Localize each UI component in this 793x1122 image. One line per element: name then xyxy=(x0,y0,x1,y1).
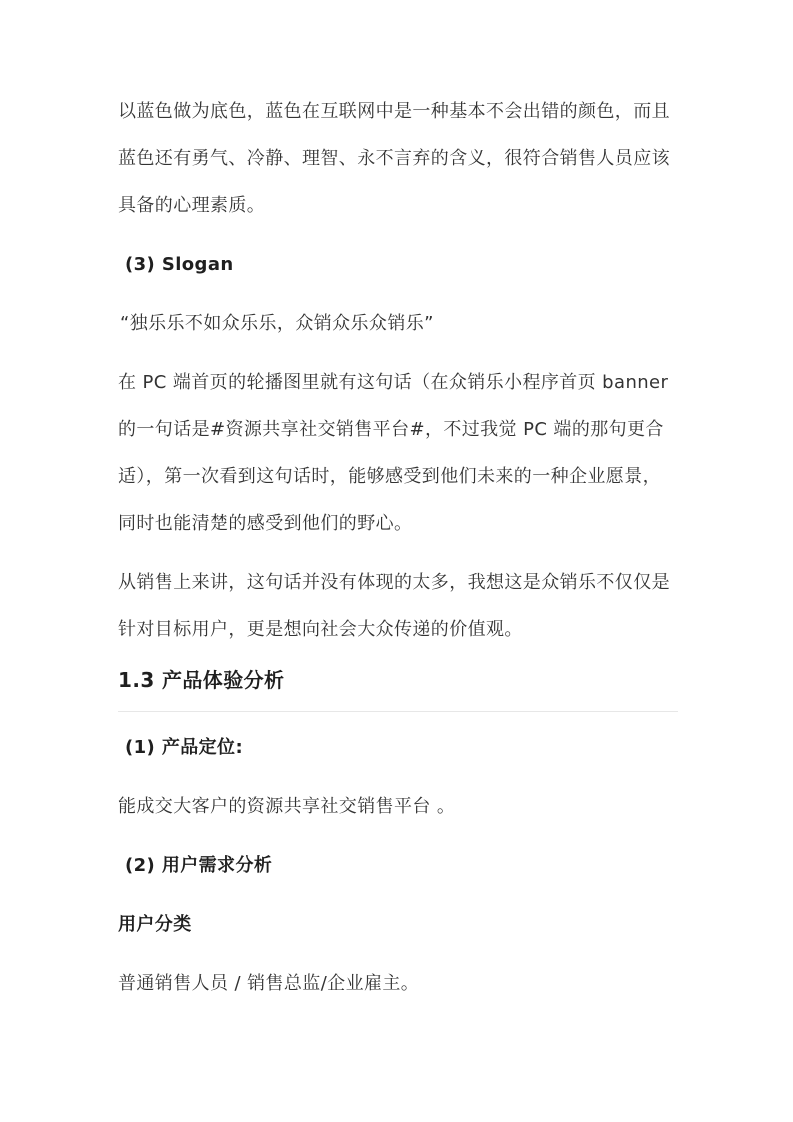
heading-user-needs-analysis: (2) 用户需求分析 xyxy=(118,842,678,889)
paragraph-color-rationale: 以蓝色做为底色，蓝色在互联网中是一种基本不会出错的颜色，而且蓝色还有勇气、冷静、… xyxy=(118,88,678,229)
section-heading-product-experience: 1.3 产品体验分析 xyxy=(118,665,678,695)
document-content: 以蓝色做为底色，蓝色在互联网中是一种基本不会出错的颜色，而且蓝色还有勇气、冷静、… xyxy=(118,0,678,1007)
paragraph-slogan-opinion: 从销售上来讲，这句话并没有体现的太多，我想这是众销乐不仅仅是针对目标用户，更是想… xyxy=(118,559,678,653)
paragraph-product-positioning: 能成交大客户的资源共享社交销售平台 。 xyxy=(118,783,678,830)
section-divider xyxy=(118,711,678,712)
paragraph-user-types: 普通销售人员 / 销售总监/企业雇主。 xyxy=(118,960,678,1007)
slogan-quote: “独乐乐不如众乐乐，众销众乐众销乐” xyxy=(118,300,678,347)
paragraph-slogan-context: 在 PC 端首页的轮播图里就有这句话（在众销乐小程序首页 banner 的一句话… xyxy=(118,359,678,547)
heading-slogan: (3) Slogan xyxy=(118,241,678,288)
heading-product-positioning: (1) 产品定位: xyxy=(118,724,678,771)
heading-user-classification: 用户分类 xyxy=(118,901,678,948)
document-page: 以蓝色做为底色，蓝色在互联网中是一种基本不会出错的颜色，而且蓝色还有勇气、冷静、… xyxy=(0,0,793,1122)
